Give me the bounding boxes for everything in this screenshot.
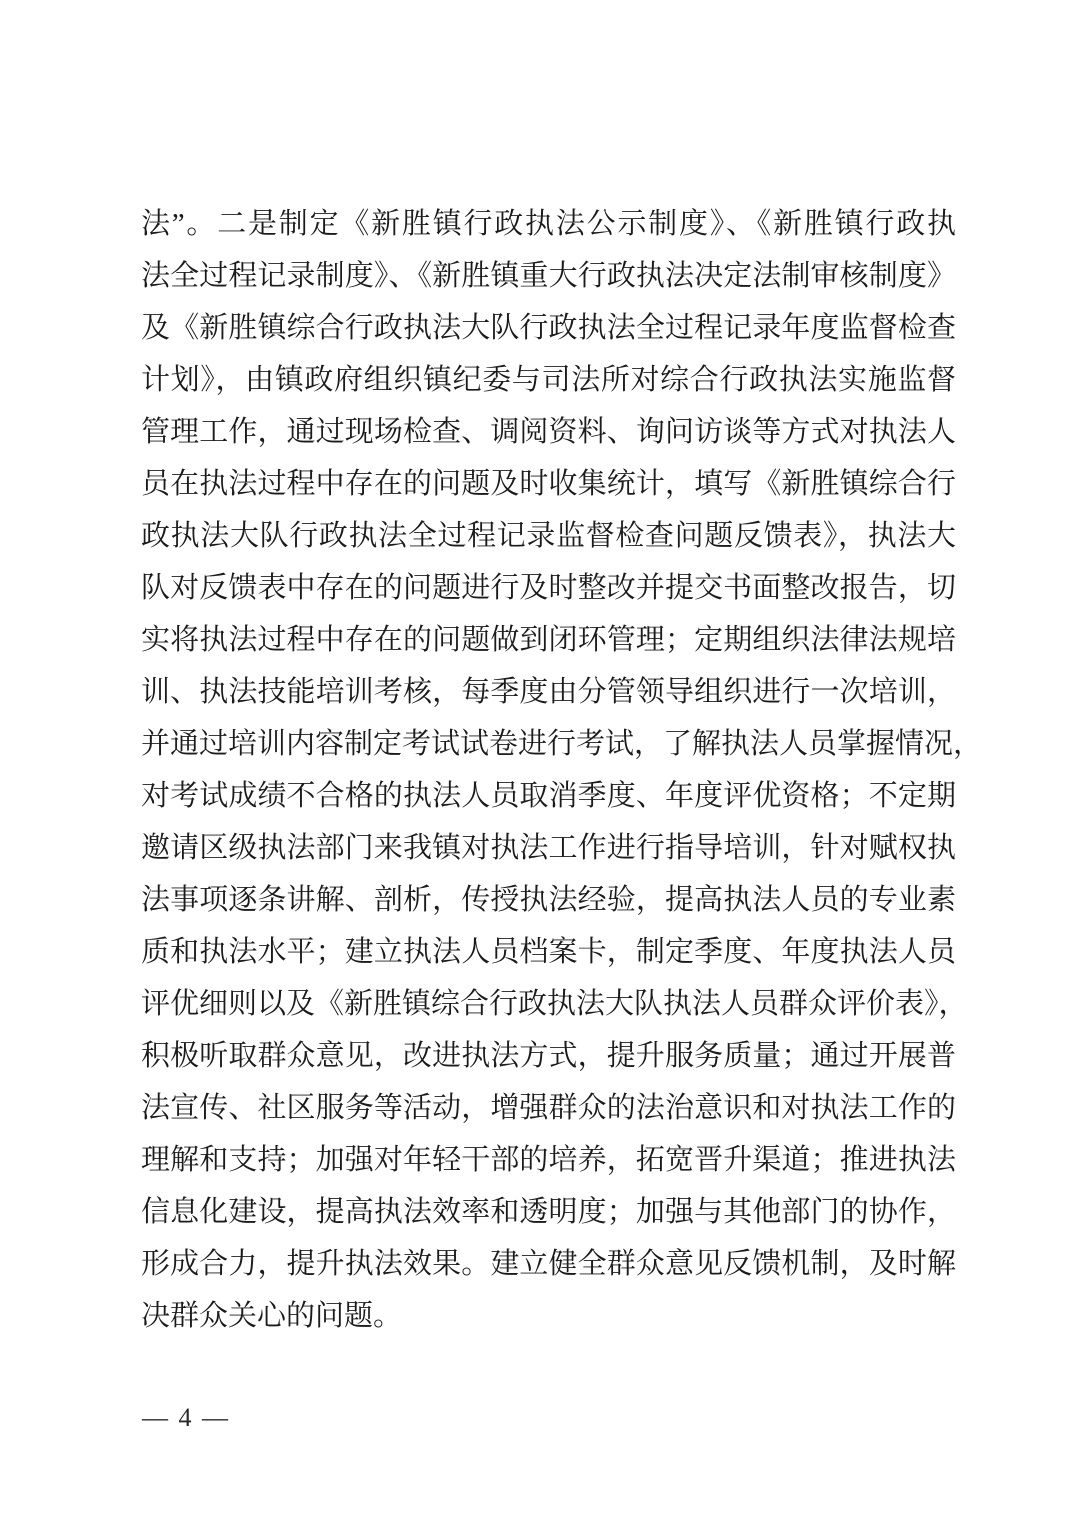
text-line: 及《新胜镇综合行政执法大队行政执法全过程记录年度监督检查 [141, 302, 956, 354]
text-line: 法全过程记录制度》、《新胜镇重大行政执法决定法制审核制度》 [141, 250, 956, 302]
text-line: 形成合力，提升执法效果。建立健全群众意见反馈机制，及时解 [141, 1238, 956, 1290]
text-line: 法宣传、社区服务等活动，增强群众的法治意识和对执法工作的 [141, 1082, 956, 1134]
text-line: 实将执法过程中存在的问题做到闭环管理；定期组织法律法规培 [141, 614, 956, 666]
text-line: 训、执法技能培训考核，每季度由分管领导组织进行一次培训， [141, 666, 956, 718]
text-line: 决群众关心的问题。 [141, 1290, 956, 1342]
text-line: 邀请区级执法部门来我镇对执法工作进行指导培训，针对赋权执 [141, 822, 956, 874]
text-line: 积极听取群众意见，改进执法方式，提升服务质量；通过开展普 [141, 1030, 956, 1082]
text-line: 理解和支持；加强对年轻干部的培养，拓宽晋升渠道；推进执法 [141, 1134, 956, 1186]
text-line: 评优细则以及《新胜镇综合行政执法大队执法人员群众评价表》， [141, 978, 956, 1030]
text-line: 信息化建设，提高执法效率和透明度；加强与其他部门的协作， [141, 1186, 956, 1238]
text-line: 政执法大队行政执法全过程记录监督检查问题反馈表》，执法大 [141, 510, 956, 562]
text-line: 计划》，由镇政府组织镇纪委与司法所对综合行政执法实施监督 [141, 354, 956, 406]
body-text: 法”。二是制定《新胜镇行政执法公示制度》、《新胜镇行政执 法全过程记录制度》、《… [141, 198, 956, 1342]
text-line: 并通过培训内容制定考试试卷进行考试，了解执法人员掌握情况， [141, 718, 956, 770]
text-line: 对考试成绩不合格的执法人员取消季度、年度评优资格；不定期 [141, 770, 956, 822]
text-line: 法”。二是制定《新胜镇行政执法公示制度》、《新胜镇行政执 [141, 198, 956, 250]
text-line: 质和执法水平；建立执法人员档案卡，制定季度、年度执法人员 [141, 926, 956, 978]
page-number: — 4 — [142, 1403, 230, 1433]
text-line: 队对反馈表中存在的问题进行及时整改并提交书面整改报告，切 [141, 562, 956, 614]
text-line: 员在执法过程中存在的问题及时收集统计，填写《新胜镇综合行 [141, 458, 956, 510]
text-line: 法事项逐条讲解、剖析，传授执法经验，提高执法人员的专业素 [141, 874, 956, 926]
text-line: 管理工作，通过现场检查、调阅资料、询问访谈等方式对执法人 [141, 406, 956, 458]
document-page: 法”。二是制定《新胜镇行政执法公示制度》、《新胜镇行政执 法全过程记录制度》、《… [0, 0, 1074, 1520]
